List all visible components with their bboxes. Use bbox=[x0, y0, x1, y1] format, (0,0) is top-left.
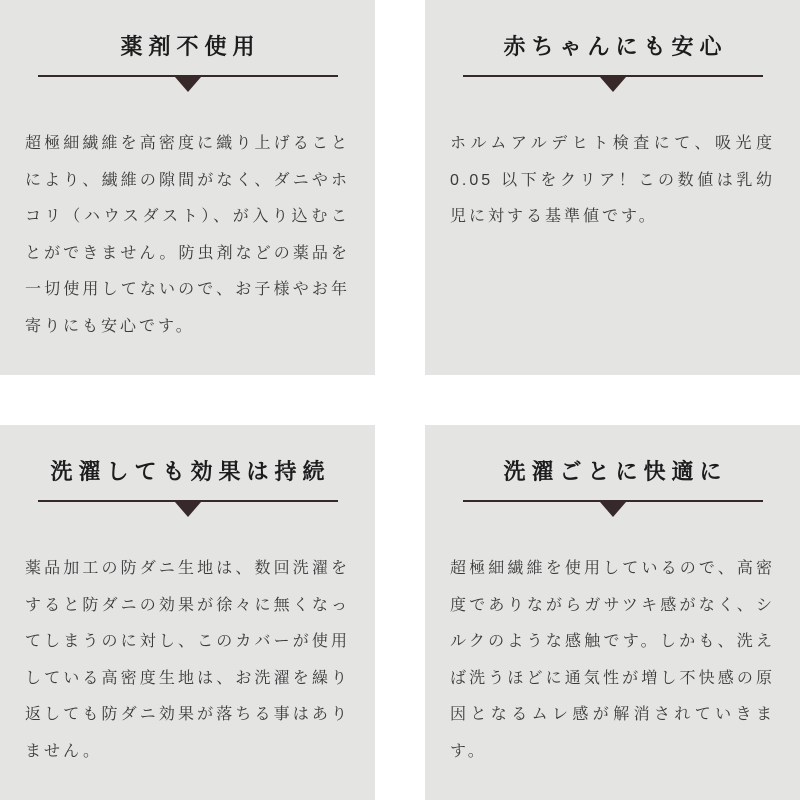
panel-body-text: 薬品加工の防ダニ生地は、数回洗濯をすると防ダニの効果が徐々に無くなってしまうのに… bbox=[25, 551, 350, 770]
panel-body-text: 超極細繊維を高密度に織り上げることにより、繊維の隙間がなく、ダニやホコリ（ハウス… bbox=[25, 126, 350, 345]
panel-title: 洗濯ごとに快適に bbox=[450, 455, 775, 488]
down-triangle-icon bbox=[175, 77, 201, 92]
panel-header: 赤ちゃんにも安心 bbox=[450, 30, 775, 92]
panel-title: 赤ちゃんにも安心 bbox=[450, 30, 775, 63]
feature-panel-effect-persists: 洗濯しても効果は持続 薬品加工の防ダニ生地は、数回洗濯をすると防ダニの効果が徐々… bbox=[0, 425, 375, 800]
panel-title: 洗濯しても効果は持続 bbox=[25, 455, 350, 488]
panel-header: 洗濯しても効果は持続 bbox=[25, 455, 350, 517]
panel-header: 洗濯ごとに快適に bbox=[450, 455, 775, 517]
panel-body-text: ホルムアルデヒト検査にて、吸光度0.05 以下をクリア！この数値は乳幼児に対する… bbox=[450, 126, 775, 236]
down-triangle-icon bbox=[600, 77, 626, 92]
feature-panel-no-chemicals: 薬剤不使用 超極細繊維を高密度に織り上げることにより、繊維の隙間がなく、ダニやホ… bbox=[0, 0, 375, 375]
panel-header: 薬剤不使用 bbox=[25, 30, 350, 92]
feature-panel-safe-for-babies: 赤ちゃんにも安心 ホルムアルデヒト検査にて、吸光度0.05 以下をクリア！この数… bbox=[425, 0, 800, 375]
feature-grid: 薬剤不使用 超極細繊維を高密度に織り上げることにより、繊維の隙間がなく、ダニやホ… bbox=[0, 0, 800, 800]
divider-line bbox=[463, 75, 763, 92]
down-triangle-icon bbox=[600, 502, 626, 517]
divider-line bbox=[38, 500, 338, 517]
divider-line bbox=[38, 75, 338, 92]
down-triangle-icon bbox=[175, 502, 201, 517]
feature-panel-comfortable-each-wash: 洗濯ごとに快適に 超極細繊維を使用しているので、高密度でありながらガサツキ感がな… bbox=[425, 425, 800, 800]
panel-body-text: 超極細繊維を使用しているので、高密度でありながらガサツキ感がなく、シルクのような… bbox=[450, 551, 775, 770]
panel-title: 薬剤不使用 bbox=[25, 30, 350, 63]
divider-line bbox=[463, 500, 763, 517]
